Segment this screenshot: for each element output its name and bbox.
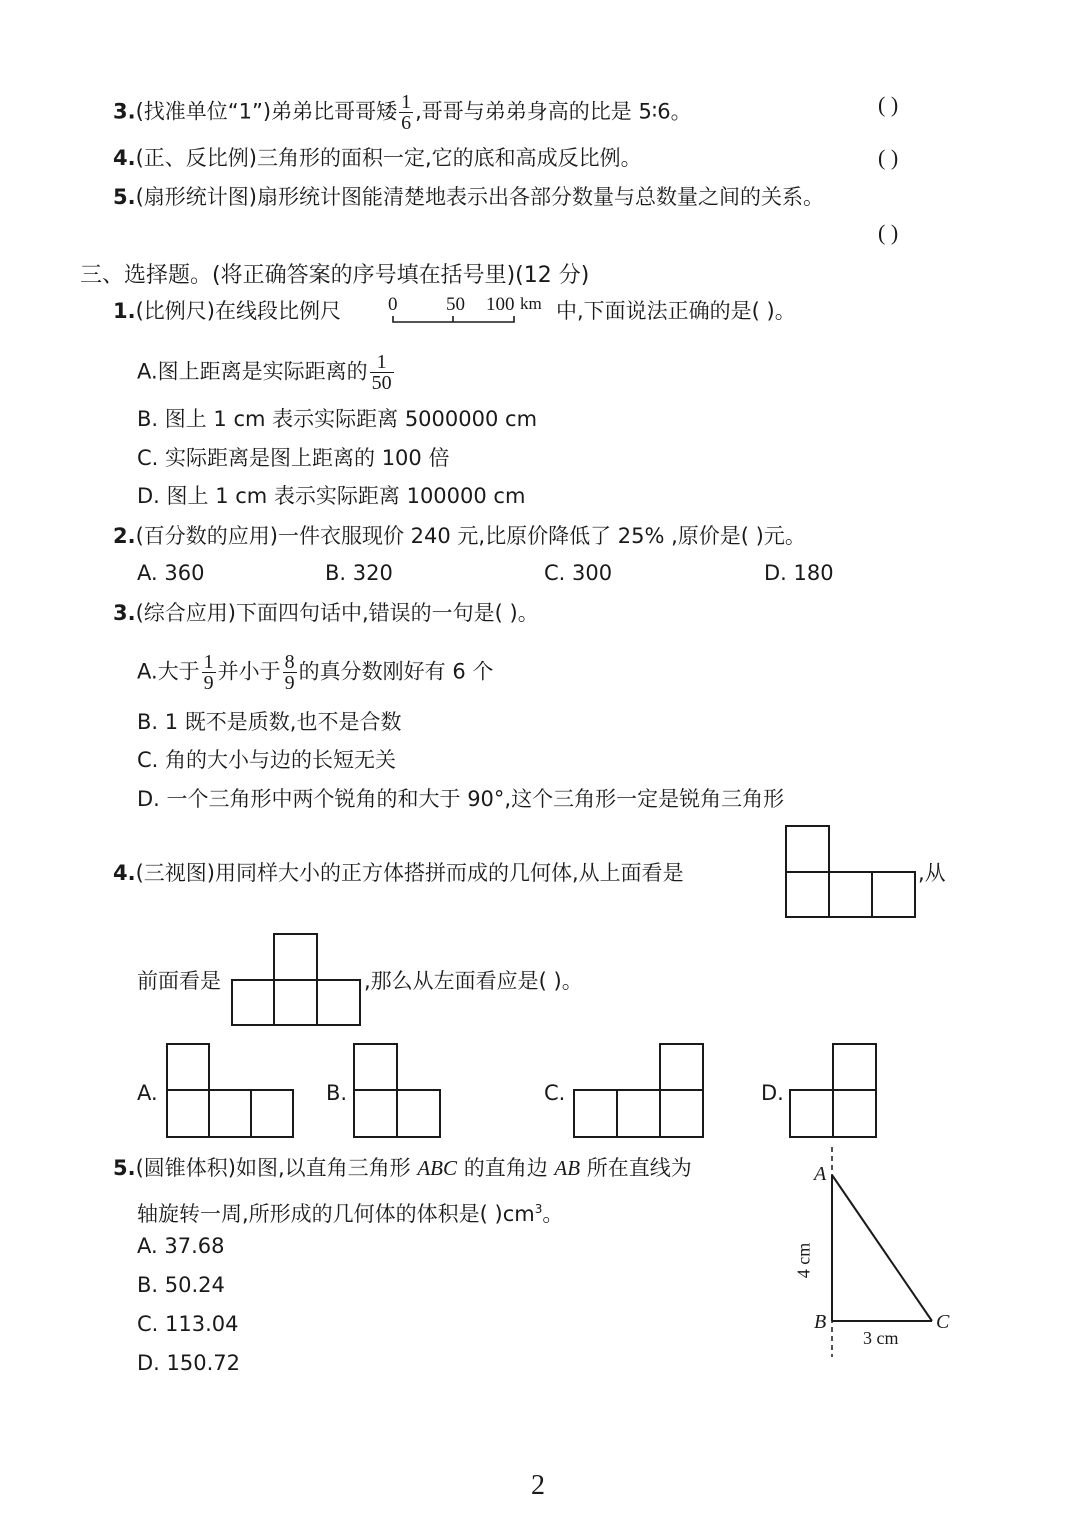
mc-q1-option-d[interactable]: D. 图上 1 cm 表示实际距离 100000 cm xyxy=(137,483,525,509)
mc-q4-option-c-figure[interactable] xyxy=(573,1043,705,1139)
answer-paren-j5[interactable]: ( ) xyxy=(878,220,898,246)
mc-q2-option-a[interactable]: A. 360 xyxy=(137,560,204,586)
side-bc-label: 3 cm xyxy=(863,1328,899,1349)
mc-q3-option-b[interactable]: B. 1 既不是质数,也不是合数 xyxy=(137,709,401,735)
answer-paren-j3[interactable]: ( ) xyxy=(878,92,898,118)
mc-q5-option-b[interactable]: B. 50.24 xyxy=(137,1272,225,1298)
judgement-q5: 5.(扇形统计图)扇形统计图能清楚地表示出各部分数量与总数量之间的关系。 xyxy=(113,184,824,210)
triangle-figure: A B C 4 cm 3 cm xyxy=(800,1145,970,1360)
mc-q4-line2-end: ,那么从左面看应是( )。 xyxy=(364,968,583,994)
mc-q2: 2.(百分数的应用)一件衣服现价 240 元,比原价降低了 25% ,原价是( … xyxy=(113,523,806,549)
judgement-q3: 3.(找准单位“1”)弟弟比哥哥矮16,哥哥与弟弟身高的比是 5∶6。 xyxy=(113,92,692,133)
mc-q4-option-a-label[interactable]: A. xyxy=(137,1080,158,1106)
judgement-q4: 4.(正、反比例)三角形的面积一定,它的底和高成反比例。 xyxy=(113,145,642,171)
top-view-figure xyxy=(785,825,917,919)
mc-q3-option-a[interactable]: A.大于19并小于89的真分数刚好有 6 个 xyxy=(137,652,493,693)
mc-q5-line1: 5.(圆锥体积)如图,以直角三角形 ABC 的直角边 AB 所在直线为 xyxy=(113,1155,692,1181)
mc-q1-option-a[interactable]: A.图上距离是实际距离的150 xyxy=(137,352,396,393)
mc-q4-option-d-label[interactable]: D. xyxy=(761,1080,784,1106)
mc-q3-option-d[interactable]: D. 一个三角形中两个锐角的和大于 90°,这个三角形一定是锐角三角形 xyxy=(137,786,784,812)
mc-q4-option-a-figure[interactable] xyxy=(166,1043,294,1139)
mc-q3: 3.(综合应用)下面四句话中,错误的一句是( )。 xyxy=(113,600,539,626)
side-ab-label: 4 cm xyxy=(793,1243,814,1279)
fraction-1-6: 16 xyxy=(399,92,413,133)
mc-q1-option-b[interactable]: B. 图上 1 cm 表示实际距离 5000000 cm xyxy=(137,406,537,432)
page-number: 2 xyxy=(531,1470,545,1502)
mc-q4-option-b-label[interactable]: B. xyxy=(326,1080,347,1106)
mc-q2-option-d[interactable]: D. 180 xyxy=(764,560,834,586)
mc-q5-option-c[interactable]: C. 113.04 xyxy=(137,1311,239,1337)
answer-paren-j4[interactable]: ( ) xyxy=(878,145,898,171)
vertex-c-label: C xyxy=(936,1311,949,1334)
mc-q4-line1: 4.(三视图)用同样大小的正方体搭拼而成的几何体,从上面看是 xyxy=(113,860,684,886)
mc-q4-line2: 前面看是 xyxy=(137,968,221,994)
mc-q4-option-c-label[interactable]: C. xyxy=(544,1080,565,1106)
mc-q3-option-c[interactable]: C. 角的大小与边的长短无关 xyxy=(137,747,396,773)
mc-q4-line1-end: ,从 xyxy=(918,860,946,886)
mc-q5-option-a[interactable]: A. 37.68 xyxy=(137,1233,224,1259)
mc-q4-option-d-figure[interactable] xyxy=(789,1043,879,1139)
mc-q1: 1.(比例尺)在线段比例尺 xyxy=(113,298,341,324)
front-view-figure xyxy=(231,933,363,1027)
fraction-8-9: 89 xyxy=(283,652,297,693)
scale-bar-line xyxy=(388,292,518,326)
mc-q1-tail: 中,下面说法正确的是( )。 xyxy=(556,298,796,324)
mc-q5-option-d[interactable]: D. 150.72 xyxy=(137,1350,240,1376)
mc-q2-option-b[interactable]: B. 320 xyxy=(325,560,393,586)
mc-q1-option-c[interactable]: C. 实际距离是图上距离的 100 倍 xyxy=(137,445,449,471)
fraction-1-9: 19 xyxy=(202,652,216,693)
mc-q2-option-c[interactable]: C. 300 xyxy=(544,560,612,586)
section-title-multiple-choice: 三、选择题。(将正确答案的序号填在括号里)(12 分) xyxy=(80,258,589,289)
mc-q5-line2: 轴旋转一周,所形成的几何体的体积是( )cm3。 xyxy=(137,1196,563,1227)
mc-q4-option-b-figure[interactable] xyxy=(353,1043,443,1139)
scale-bar: 0 50 100 km xyxy=(388,292,548,326)
fraction-1-50: 150 xyxy=(370,352,394,393)
vertex-b-label: B xyxy=(814,1311,826,1334)
vertex-a-label: A xyxy=(814,1163,826,1186)
